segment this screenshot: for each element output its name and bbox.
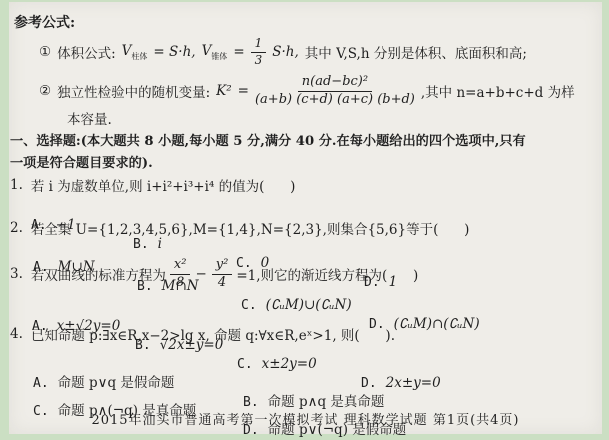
- page-footer: 2015年汕头市普通高考第一次模拟考试 理科数学试题 第1页(共4页): [9, 409, 602, 428]
- k-squared-note-wrap: 本容量.: [67, 108, 112, 128]
- question-3-number: 3.: [10, 266, 23, 282]
- cone-volume-after-fraction: S·h,: [272, 44, 299, 60]
- question-4-stem: 已知命题 p:∃x∈R,x−2>lg x, 命题 q:∀x∈R,eˣ>1, 则(…: [31, 324, 395, 344]
- reference-formulas-title: 参考公式:: [14, 12, 75, 32]
- section-heading-line1: 一、选择题:(本大题共 8 小题,每小题 5 分,满分 40 分.在每小题给出的…: [10, 130, 526, 149]
- cylinder-volume-symbol: V柱体: [122, 43, 148, 62]
- cylinder-volume-rhs: = S·h,: [153, 44, 195, 60]
- k-squared-formula-line: ② 独立性检验中的随机变量: K² = n(ad−bc)² (a+b) (c+d…: [39, 72, 581, 110]
- question-1: 1. 若 i 为虚数单位,则 i+i²+i³+i⁴ 的值为( ): [10, 175, 295, 195]
- item2-number: ②: [39, 83, 51, 99]
- scanned-exam-page: { "colors": { "scan_edge_green": "#cbdfc…: [0, 0, 609, 440]
- question-2: 2. 若全集 U={1,2,3,4,5,6},M={1,4},N={2,3},则…: [10, 218, 469, 238]
- item1-number: ①: [39, 44, 51, 60]
- question-3-stem-after: =1,则它的渐近线方程为( ): [236, 264, 418, 284]
- question-4: 4. 已知命题 p:∃x∈R,x−2>lg x, 命题 q:∀x∈R,eˣ>1,…: [10, 324, 395, 344]
- question-4-options-row1: A.命题 p∨q 是假命题 B.命题 p∧q 是真命题: [9, 352, 602, 372]
- question-1-stem: 若 i 为虚数单位,则 i+i²+i³+i⁴ 的值为( ): [31, 175, 296, 195]
- hyperbola-x-fraction: x² 8: [170, 258, 191, 290]
- question-3-options: A.x±√2y=0 B.√2x±y=0 C.x±2y=0 D.2x±y=0: [9, 299, 602, 319]
- volume-formula-line: ① 体积公式: V柱体 = S·h, V锥体 = 1 3 S·h, 其中 V,S…: [39, 36, 533, 68]
- cone-volume-equals: =: [233, 44, 244, 60]
- question-4-number: 4.: [10, 326, 23, 342]
- question-3-stem-before: 若双曲线的标准方程为: [31, 264, 166, 284]
- minus-sign: −: [195, 266, 206, 282]
- k-squared-note: ,其中 n=a+b+c+d 为样: [421, 81, 575, 101]
- one-third-fraction: 1 3: [251, 37, 267, 66]
- hyperbola-y-fraction: y² 4: [212, 258, 233, 290]
- section-heading-line2: 一项是符合题目要求的).: [10, 152, 153, 171]
- exam-paper-scan: 参考公式: ① 体积公式: V柱体 = S·h, V锥体 = 1 3 S·h, …: [9, 2, 602, 434]
- k-squared-lhs: K²: [216, 83, 232, 99]
- question-1-number: 1.: [10, 177, 23, 193]
- question-3: 3. 若双曲线的标准方程为 x² 8 − y² 4 =1,则它的渐近线方程为( …: [10, 254, 418, 294]
- question-2-number: 2.: [10, 220, 23, 236]
- volume-formula-note: 其中 V,S,h 分别是体积、底面积和高;: [305, 42, 527, 62]
- question-4-options-row2: C.命题 p∧(¬q) 是真命题 D.命题 p∨(¬q) 是假命题: [9, 380, 602, 400]
- volume-formula-label: 体积公式:: [57, 42, 116, 62]
- k-squared-label: 独立性检验中的随机变量:: [57, 81, 210, 101]
- k-squared-equals: =: [238, 83, 249, 99]
- k-squared-fraction: n(ad−bc)² (a+b) (c+d) (a+c) (b+d): [255, 75, 415, 107]
- question-1-options: A.−1 B.i C.0 D.1: [9, 198, 602, 218]
- cone-volume-symbol: V锥体: [202, 43, 228, 62]
- question-2-stem: 若全集 U={1,2,3,4,5,6},M={1,4},N={2,3},则集合{…: [31, 218, 470, 238]
